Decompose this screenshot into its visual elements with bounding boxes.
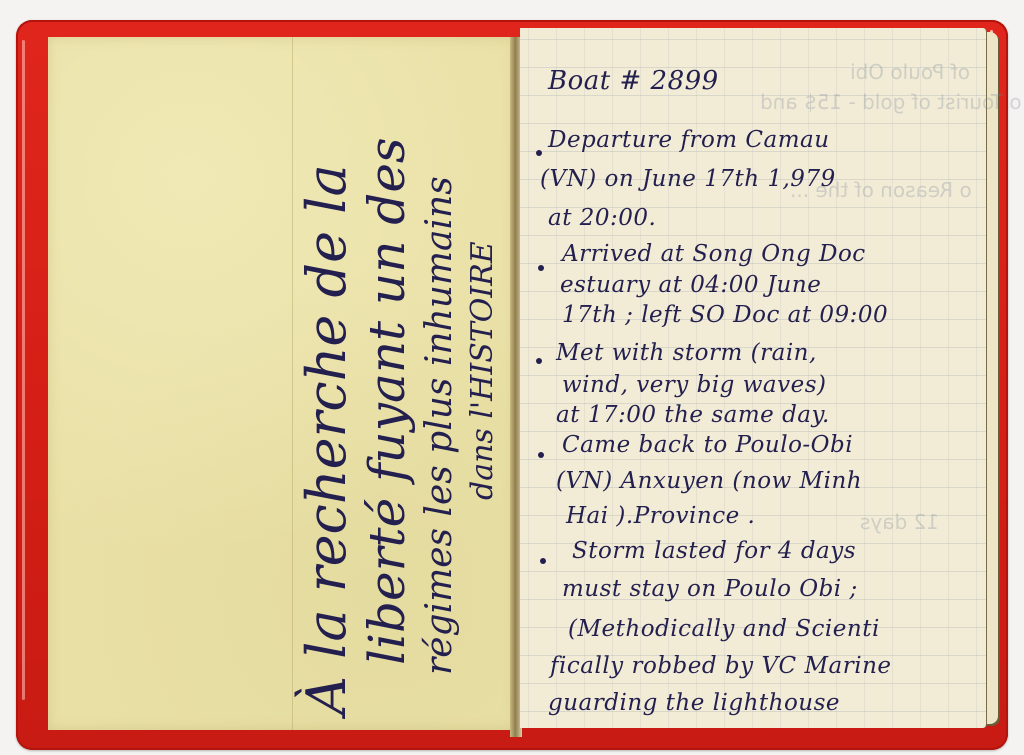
bullet-icon [540,558,546,564]
bleed-through-text: o Tourist of gold - 15$ and [760,90,1022,114]
log-line: (VN) Anxuyen (now Minh [556,470,862,493]
log-line: at 20:00. [548,207,656,230]
boat-heading: Boat # 2899 [548,68,719,94]
log-line: (VN) on June 17th 1,979 [540,168,836,191]
log-line: Met with storm (rain, [556,342,817,365]
paper-slip-edge [292,37,293,730]
log-line: must stay on Poulo Obi ; [562,578,858,601]
log-line: guarding the lighthouse [548,692,840,715]
log-line: (Methodically and Scienti [568,618,880,641]
log-line: Hai ).Province . [566,505,755,528]
bullet-icon [536,150,542,156]
dedication-line-3: régimes les plus inhumains [422,176,458,675]
bleed-through-text: of Poulo Obi [850,60,970,84]
log-line: at 17:00 the same day. [556,404,830,427]
log-line: Came back to Poulo-Obi [562,434,853,457]
dedication-line-2: liberté fuyant un des [362,137,412,665]
log-line: estuary at 04:00 June [560,274,821,297]
log-line: Departure from Camau [548,129,830,152]
bullet-icon [536,358,542,364]
bullet-icon [538,452,544,458]
log-line: Arrived at Song Ong Doc [562,243,866,266]
log-line: wind, very big waves) [562,374,827,397]
dedication-line-1: À la recherche de la [300,164,354,715]
cover-highlight-left [22,40,25,700]
bullet-icon [538,265,544,271]
log-line: fically robbed by VC Marine [550,655,892,678]
dedication-line-4: dans l'HISTOIRE [468,241,498,500]
log-line: 17th ; left SO Doc at 09:00 [562,304,888,327]
log-line: Storm lasted for 4 days [572,540,856,563]
bleed-through-text: 12 days [860,510,939,534]
